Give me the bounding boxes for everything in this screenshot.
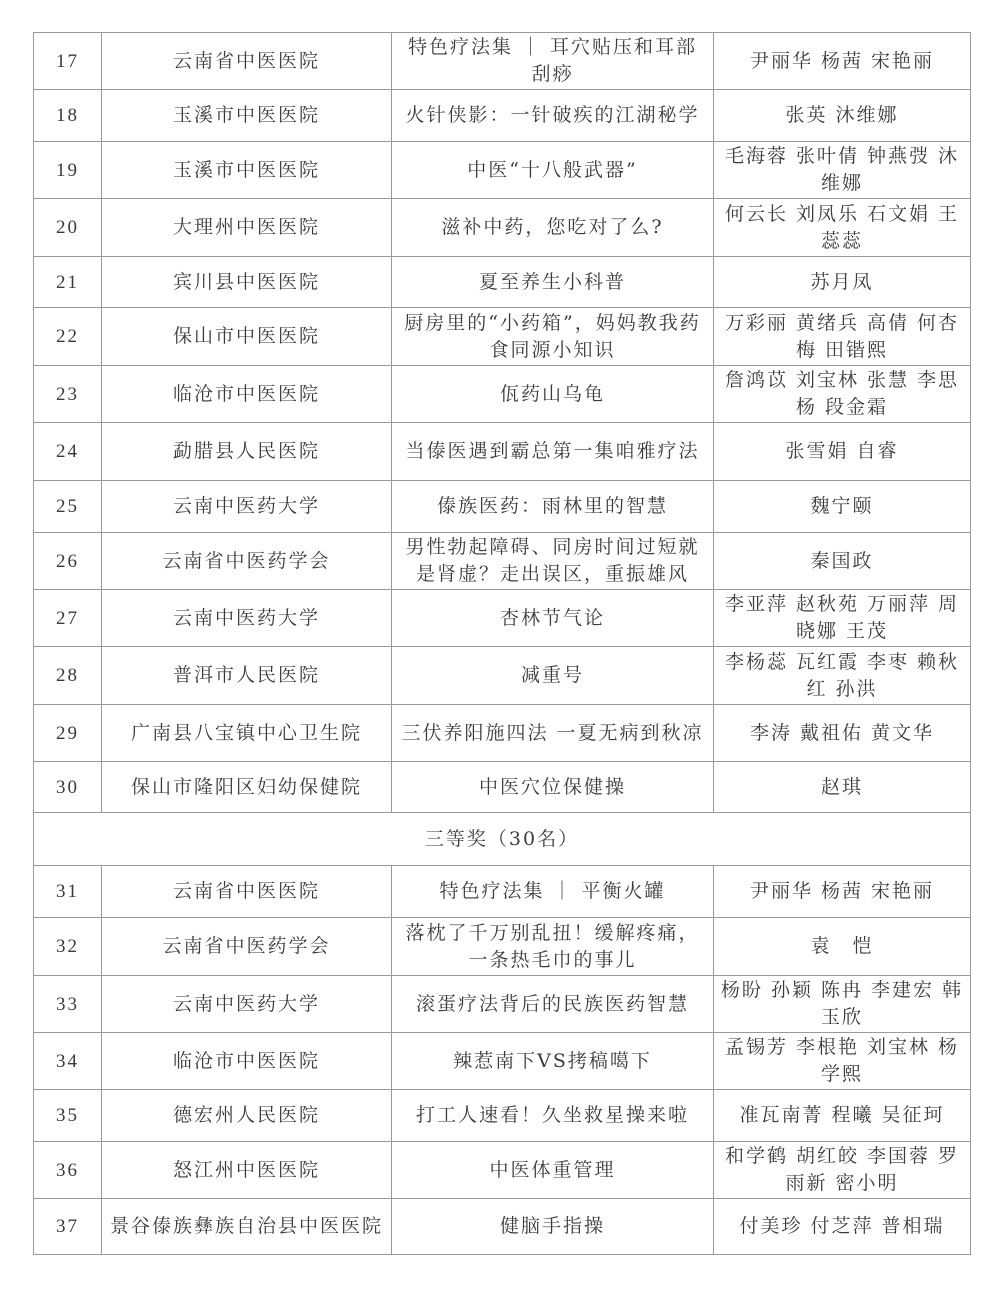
unit-cell: 云南中医药大学 (102, 976, 392, 1033)
authors-cell: 毛海蓉 张叶倩 钟燕弢 沐维娜 (714, 142, 971, 199)
row-number: 34 (34, 1033, 102, 1090)
authors-cell: 苏月凤 (714, 257, 971, 308)
title-cell: 特色疗法集 ｜ 平衡火罐 (392, 866, 714, 918)
title-cell: 三伏养阳施四法 一夏无病到秋凉 (392, 705, 714, 762)
authors-cell: 李涛 戴祖佑 黄文华 (714, 705, 971, 762)
authors-cell: 李杨蕊 瓦红霞 李枣 赖秋红 孙洪 (714, 647, 971, 705)
table-row: 35 德宏州人民医院 打工人速看！久坐救星操来啦 准瓦南菁 程曦 吴征珂 (34, 1090, 971, 1142)
table-row: 18 玉溪市中医医院 火针侠影：一针破疾的江湖秘学 张英 沐维娜 (34, 90, 971, 142)
title-cell: 当傣医遇到霸总第一集咱雅疗法 (392, 423, 714, 481)
unit-cell: 云南省中医药学会 (102, 918, 392, 976)
unit-cell: 宾川县中医医院 (102, 257, 392, 308)
unit-cell: 云南省中医医院 (102, 866, 392, 918)
table-row: 34 临沧市中医医院 辣惹南下VS拷稿噶下 孟锡芳 李根艳 刘宝林 杨学熙 (34, 1033, 971, 1090)
title-cell: 减重号 (392, 647, 714, 705)
second-prize-rows: 17 云南省中医医院 特色疗法集 ｜ 耳穴贴压和耳部刮痧 尹丽华 杨茜 宋艳丽 … (34, 33, 971, 813)
title-cell: 中医穴位保健操 (392, 762, 714, 813)
title-cell: 滋补中药，您吃对了么? (392, 199, 714, 257)
row-number: 28 (34, 647, 102, 705)
title-cell: 中医“十八般武器” (392, 142, 714, 199)
unit-cell: 景谷傣族彝族自治县中医医院 (102, 1199, 392, 1255)
authors-cell: 和学鹤 胡红皎 李国蓉 罗雨新 密小明 (714, 1142, 971, 1199)
third-prize-rows: 31 云南省中医医院 特色疗法集 ｜ 平衡火罐 尹丽华 杨茜 宋艳丽 32 云南… (34, 866, 971, 1255)
authors-cell: 万彩丽 黄绪兵 高倩 何杏梅 田锴熙 (714, 308, 971, 366)
unit-cell: 云南省中医医院 (102, 33, 392, 90)
authors-cell: 秦国政 (714, 533, 971, 590)
unit-cell: 怒江州中医医院 (102, 1142, 392, 1199)
authors-cell: 何云长 刘凤乐 石文娟 王蕊蕊 (714, 199, 971, 257)
title-cell: 男性勃起障碍、同房时间过短就是肾虚？走出误区，重振雄风 (392, 533, 714, 590)
table-row: 28 普洱市人民医院 减重号 李杨蕊 瓦红霞 李枣 赖秋红 孙洪 (34, 647, 971, 705)
table-row: 23 临沧市中医医院 佤药山乌龟 詹鸿苡 刘宝林 张慧 李思杨 段金霜 (34, 366, 971, 423)
authors-cell: 付美珍 付芝萍 普相瑞 (714, 1199, 971, 1255)
table-row: 33 云南中医药大学 滚蛋疗法背后的民族医药智慧 杨盼 孙颖 陈冉 李建宏 韩玉… (34, 976, 971, 1033)
unit-cell: 广南县八宝镇中心卫生院 (102, 705, 392, 762)
unit-cell: 德宏州人民医院 (102, 1090, 392, 1142)
authors-cell: 李亚萍 赵秋苑 万丽萍 周晓娜 王茂 (714, 590, 971, 647)
table-row: 21 宾川县中医医院 夏至养生小科普 苏月凤 (34, 257, 971, 308)
row-number: 30 (34, 762, 102, 813)
title-cell: 健脑手指操 (392, 1199, 714, 1255)
row-number: 25 (34, 481, 102, 533)
unit-cell: 保山市隆阳区妇幼保健院 (102, 762, 392, 813)
unit-cell: 云南中医药大学 (102, 590, 392, 647)
title-cell: 滚蛋疗法背后的民族医药智慧 (392, 976, 714, 1033)
row-number: 32 (34, 918, 102, 976)
awards-table: 17 云南省中医医院 特色疗法集 ｜ 耳穴贴压和耳部刮痧 尹丽华 杨茜 宋艳丽 … (33, 32, 971, 1255)
table-row: 24 勐腊县人民医院 当傣医遇到霸总第一集咱雅疗法 张雪娟 自睿 (34, 423, 971, 481)
title-cell: 辣惹南下VS拷稿噶下 (392, 1033, 714, 1090)
authors-cell: 赵琪 (714, 762, 971, 813)
title-cell: 火针侠影：一针破疾的江湖秘学 (392, 90, 714, 142)
row-number: 22 (34, 308, 102, 366)
unit-cell: 云南中医药大学 (102, 481, 392, 533)
unit-cell: 玉溪市中医医院 (102, 90, 392, 142)
row-number: 20 (34, 199, 102, 257)
unit-cell: 普洱市人民医院 (102, 647, 392, 705)
authors-cell: 张英 沐维娜 (714, 90, 971, 142)
title-cell: 落枕了千万别乱扭！缓解疼痛，一条热毛巾的事儿 (392, 918, 714, 976)
authors-cell: 袁 恺 (714, 918, 971, 976)
row-number: 24 (34, 423, 102, 481)
row-number: 27 (34, 590, 102, 647)
unit-cell: 玉溪市中医医院 (102, 142, 392, 199)
unit-cell: 保山市中医医院 (102, 308, 392, 366)
table-row: 25 云南中医药大学 傣族医药：雨林里的智慧 魏宁颐 (34, 481, 971, 533)
unit-cell: 临沧市中医医院 (102, 366, 392, 423)
table-row: 17 云南省中医医院 特色疗法集 ｜ 耳穴贴压和耳部刮痧 尹丽华 杨茜 宋艳丽 (34, 33, 971, 90)
authors-cell: 尹丽华 杨茜 宋艳丽 (714, 33, 971, 90)
table-row: 32 云南省中医药学会 落枕了千万别乱扭！缓解疼痛，一条热毛巾的事儿 袁 恺 (34, 918, 971, 976)
table-row: 29 广南县八宝镇中心卫生院 三伏养阳施四法 一夏无病到秋凉 李涛 戴祖佑 黄文… (34, 705, 971, 762)
title-cell: 打工人速看！久坐救星操来啦 (392, 1090, 714, 1142)
table-row: 31 云南省中医医院 特色疗法集 ｜ 平衡火罐 尹丽华 杨茜 宋艳丽 (34, 866, 971, 918)
unit-cell: 大理州中医医院 (102, 199, 392, 257)
row-number: 23 (34, 366, 102, 423)
table-row: 27 云南中医药大学 杏林节气论 李亚萍 赵秋苑 万丽萍 周晓娜 王茂 (34, 590, 971, 647)
row-number: 36 (34, 1142, 102, 1199)
table-row: 22 保山市中医医院 厨房里的“小药箱”，妈妈教我药食同源小知识 万彩丽 黄绪兵… (34, 308, 971, 366)
title-cell: 厨房里的“小药箱”，妈妈教我药食同源小知识 (392, 308, 714, 366)
authors-cell: 孟锡芳 李根艳 刘宝林 杨学熙 (714, 1033, 971, 1090)
unit-cell: 勐腊县人民医院 (102, 423, 392, 481)
table-row: 37 景谷傣族彝族自治县中医医院 健脑手指操 付美珍 付芝萍 普相瑞 (34, 1199, 971, 1255)
title-cell: 杏林节气论 (392, 590, 714, 647)
authors-cell: 詹鸿苡 刘宝林 张慧 李思杨 段金霜 (714, 366, 971, 423)
row-number: 37 (34, 1199, 102, 1255)
row-number: 18 (34, 90, 102, 142)
row-number: 17 (34, 33, 102, 90)
table-row: 26 云南省中医药学会 男性勃起障碍、同房时间过短就是肾虚？走出误区，重振雄风 … (34, 533, 971, 590)
row-number: 33 (34, 976, 102, 1033)
table-row: 36 怒江州中医医院 中医体重管理 和学鹤 胡红皎 李国蓉 罗雨新 密小明 (34, 1142, 971, 1199)
row-number: 21 (34, 257, 102, 308)
table-row: 20 大理州中医医院 滋补中药，您吃对了么? 何云长 刘凤乐 石文娟 王蕊蕊 (34, 199, 971, 257)
title-cell: 佤药山乌龟 (392, 366, 714, 423)
title-cell: 夏至养生小科普 (392, 257, 714, 308)
section-header-row: 三等奖（30名） (34, 813, 971, 866)
authors-cell: 杨盼 孙颖 陈冉 李建宏 韩玉欣 (714, 976, 971, 1033)
row-number: 19 (34, 142, 102, 199)
row-number: 26 (34, 533, 102, 590)
authors-cell: 尹丽华 杨茜 宋艳丽 (714, 866, 971, 918)
title-cell: 傣族医药：雨林里的智慧 (392, 481, 714, 533)
authors-cell: 张雪娟 自睿 (714, 423, 971, 481)
row-number: 31 (34, 866, 102, 918)
row-number: 29 (34, 705, 102, 762)
table-row: 19 玉溪市中医医院 中医“十八般武器” 毛海蓉 张叶倩 钟燕弢 沐维娜 (34, 142, 971, 199)
unit-cell: 云南省中医药学会 (102, 533, 392, 590)
unit-cell: 临沧市中医医院 (102, 1033, 392, 1090)
section-header-third-prize: 三等奖（30名） (34, 813, 971, 866)
authors-cell: 魏宁颐 (714, 481, 971, 533)
title-cell: 中医体重管理 (392, 1142, 714, 1199)
table-row: 30 保山市隆阳区妇幼保健院 中医穴位保健操 赵琪 (34, 762, 971, 813)
title-cell: 特色疗法集 ｜ 耳穴贴压和耳部刮痧 (392, 33, 714, 90)
row-number: 35 (34, 1090, 102, 1142)
authors-cell: 准瓦南菁 程曦 吴征珂 (714, 1090, 971, 1142)
